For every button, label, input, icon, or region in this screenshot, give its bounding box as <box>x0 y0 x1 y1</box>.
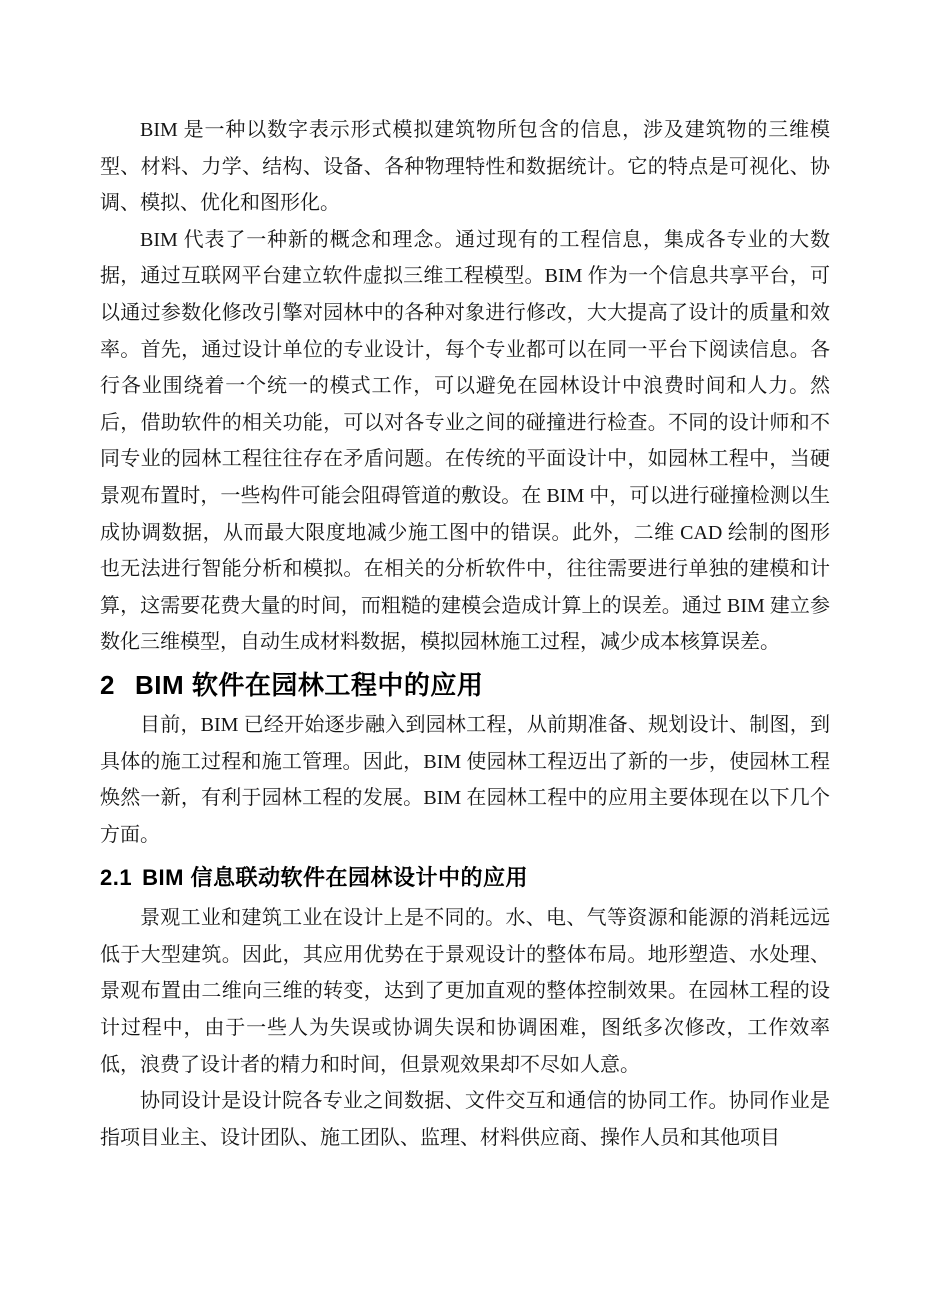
section-2-1-paragraph-1: 景观工业和建筑工业在设计上是不同的。水、电、气等资源和能源的消耗远远低于大型建筑… <box>100 900 830 1083</box>
section-2-title: BIM 软件在园林工程中的应用 <box>135 670 483 700</box>
page-content: BIM 是一种以数字表示形式模拟建筑物所包含的信息，涉及建筑物的三维模型、材料、… <box>100 112 830 1156</box>
section-2-1-number: 2.1 <box>100 865 132 890</box>
document-page: BIM 是一种以数字表示形式模拟建筑物所包含的信息，涉及建筑物的三维模型、材料、… <box>0 0 926 1309</box>
section-2-1-paragraph-2: 协同设计是设计院各专业之间数据、文件交互和通信的协同工作。协同作业是指项目业主、… <box>100 1083 830 1156</box>
section-2-1-heading: 2.1BIM 信息联动软件在园林设计中的应用 <box>100 862 830 894</box>
section-2-1-title: BIM 信息联动软件在园林设计中的应用 <box>142 865 528 890</box>
intro-paragraph-2: BIM 代表了一种新的概念和理念。通过现有的工程信息，集成各专业的大数据，通过互… <box>100 222 830 661</box>
intro-paragraph-1: BIM 是一种以数字表示形式模拟建筑物所包含的信息，涉及建筑物的三维模型、材料、… <box>100 112 830 222</box>
section-2-number: 2 <box>100 670 115 700</box>
section-2-heading: 2BIM 软件在园林工程中的应用 <box>100 668 830 702</box>
section-2-paragraph-1: 目前，BIM 已经开始逐步融入到园林工程，从前期准备、规划设计、制图，到具体的施… <box>100 707 830 853</box>
